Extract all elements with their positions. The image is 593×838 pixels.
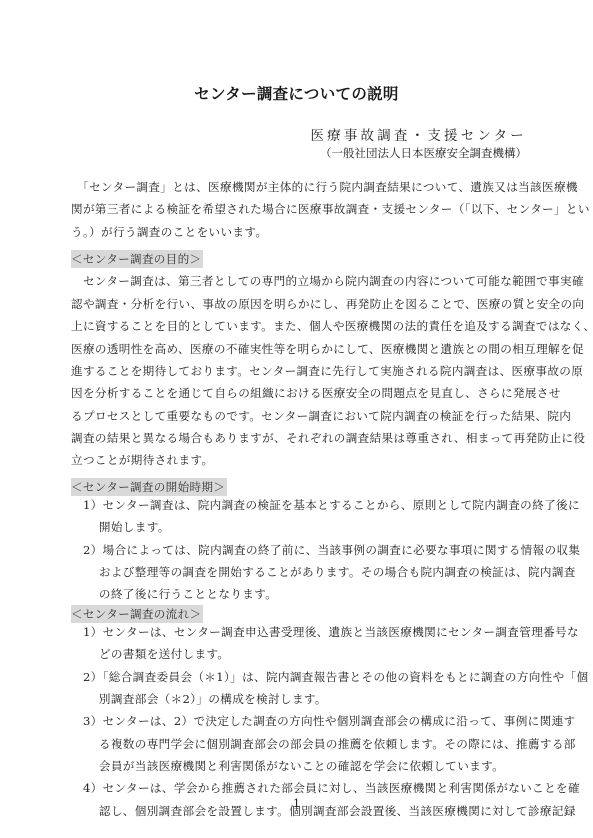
page-title: センター調査についての説明 [0,82,593,104]
list-item-line: の終了後に行うこととなります。 [71,583,531,605]
list-item-line: どの書類を送付します。 [71,643,531,665]
text-line: 認や調査・分析を行い、事故の原因を明らかにし、再発防止を図ることで、医療の質と安… [71,293,531,315]
text-line: 医療の透明性を高め、医療の不確実性等を明らかにして、医療機関と遺族との間の相互理… [71,338,531,360]
organization-name: 医療事故調査・支援センター [310,124,527,144]
list-item-line: 1）センターは、センター調査申込書受理後、遺族と当該医療機関にセンター調査管理番… [71,621,531,643]
section-heading: ＜センター調査の目的＞ [71,250,203,268]
organization-subtitle: （一般社団法人日本医療安全調査機構） [320,145,527,161]
list-item-line: 2）場合によっては、院内調査の終了前に、当該事例の調査に必要な事項に関する情報の… [71,539,531,561]
list-item-line: る複数の専門学会に個別調査部会の部会員の推薦を依頼します。その際には、推薦する部 [71,733,531,755]
list-item-line: 2）「総合調査委員会（＊1）」は、院内調査報告書とその他の資料をもとに調査の方向… [71,666,531,688]
document-page: センター調査についての説明 医療事故調査・支援センター （一般社団法人日本医療安… [0,0,593,838]
list-item-line: および整理等の調査を開始することがあります。その場合も院内調査の検証は、院内調査 [71,561,531,583]
text-line: センター調査は、第三者としての専門的立場から院内調査の内容について可能な範囲で事… [71,270,531,292]
list-item-line: 別調査部会（＊2）」の構成を検討します。 [71,688,531,710]
list-item-line: 会員が当該医療機関と利害関係がないことの確認を学会に依頼しています。 [71,755,531,777]
text-line: 「センター調査」とは、医療機関が主体的に行う院内調査結果について、遺族又は当該医… [71,176,531,198]
page-number: 1 [0,796,593,810]
text-line: 因を分析することを通じて自らの組織における医療安全の問題点を見直し、さらに発展さ… [71,382,531,404]
text-line: るプロセスとして重要なものです。センター調査において院内調査の検証を行った結果、… [71,405,531,427]
text-line: 進することを期待しております。センター調査に先行して実施される院内調査は、医療事… [71,360,531,382]
text-line: 立つことが期待されます。 [71,449,531,471]
text-line: 調査の結果と異なる場合もありますが、それぞれの調査結果は尊重され、相まって再発防… [71,427,531,449]
list-item-line: 1）センター調査は、院内調査の検証を基本とすることから、原則として院内調査の終了… [71,494,531,516]
text-line: 上に資することを目的としています。また、個人や医療機関の法的責任を追及する調査で… [71,315,531,337]
text-line: 関が第三者による検証を希望された場合に医療事故調査・支援センター（「以下、センタ… [71,198,531,220]
list-item-line: 3）センターは、2）で決定した調査の方向性や個別調査部会の構成に沿って、事例に関… [71,710,531,732]
text-line: う。）が行う調査のことをいいます。 [71,221,531,243]
list-item-line: 開始します。 [71,516,531,538]
